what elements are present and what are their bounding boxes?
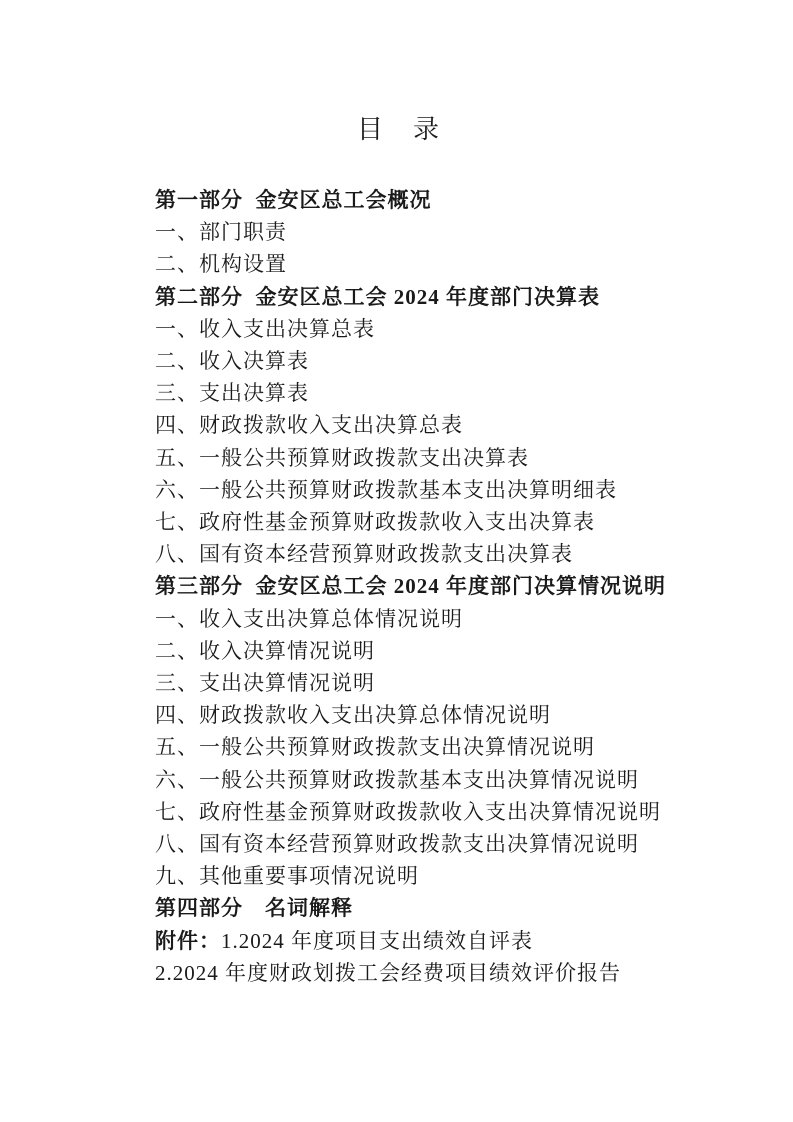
toc-section-heading: 第二部分 金安区总工会 2024 年度部门决算表 [155,281,643,313]
toc-item: 2.2024 年度财政划拨工会经费项目绩效评价报告 [155,957,643,989]
toc-item: 四、财政拨款收入支出决算总表 [155,409,643,441]
toc-item: 二、收入决算情况说明 [155,635,643,667]
toc-item: 一、收入支出决算总体情况说明 [155,603,643,635]
document-page: 目 录 第一部分 金安区总工会概况一、部门职责二、机构设置第二部分 金安区总工会… [0,0,793,1122]
toc-item: 一、部门职责 [155,216,643,248]
toc-item: 五、一般公共预算财政拨款支出决算表 [155,442,643,474]
toc-section-heading: 第三部分 金安区总工会 2024 年度部门决算情况说明 [155,570,643,602]
toc-section-heading: 第一部分 金安区总工会概况 [155,184,643,216]
attachment-text: 1.2024 年度项目支出绩效自评表 [221,929,533,953]
toc-item: 一、收入支出决算总表 [155,313,643,345]
toc-item: 二、机构设置 [155,248,643,280]
toc-item: 七、政府性基金预算财政拨款收入支出决算情况说明 [155,796,643,828]
toc-item: 三、支出决算情况说明 [155,667,643,699]
toc-item: 九、其他重要事项情况说明 [155,860,643,892]
toc-item: 六、一般公共预算财政拨款基本支出决算情况说明 [155,764,643,796]
toc-item: 四、财政拨款收入支出决算总体情况说明 [155,699,643,731]
toc-attachment-line: 附件：1.2024 年度项目支出绩效自评表 [155,925,643,957]
page-title: 目 录 [155,112,643,148]
toc-item: 六、一般公共预算财政拨款基本支出决算明细表 [155,474,643,506]
toc-item: 三、支出决算表 [155,377,643,409]
toc-section-heading: 第四部分 名词解释 [155,892,643,924]
toc-item: 八、国有资本经营预算财政拨款支出决算情况说明 [155,828,643,860]
toc-item: 七、政府性基金预算财政拨款收入支出决算表 [155,506,643,538]
toc-item: 五、一般公共预算财政拨款支出决算情况说明 [155,731,643,763]
toc-item: 二、收入决算表 [155,345,643,377]
table-of-contents: 第一部分 金安区总工会概况一、部门职责二、机构设置第二部分 金安区总工会 202… [155,184,643,989]
attachment-label: 附件： [155,929,221,953]
toc-item: 八、国有资本经营预算财政拨款支出决算表 [155,538,643,570]
